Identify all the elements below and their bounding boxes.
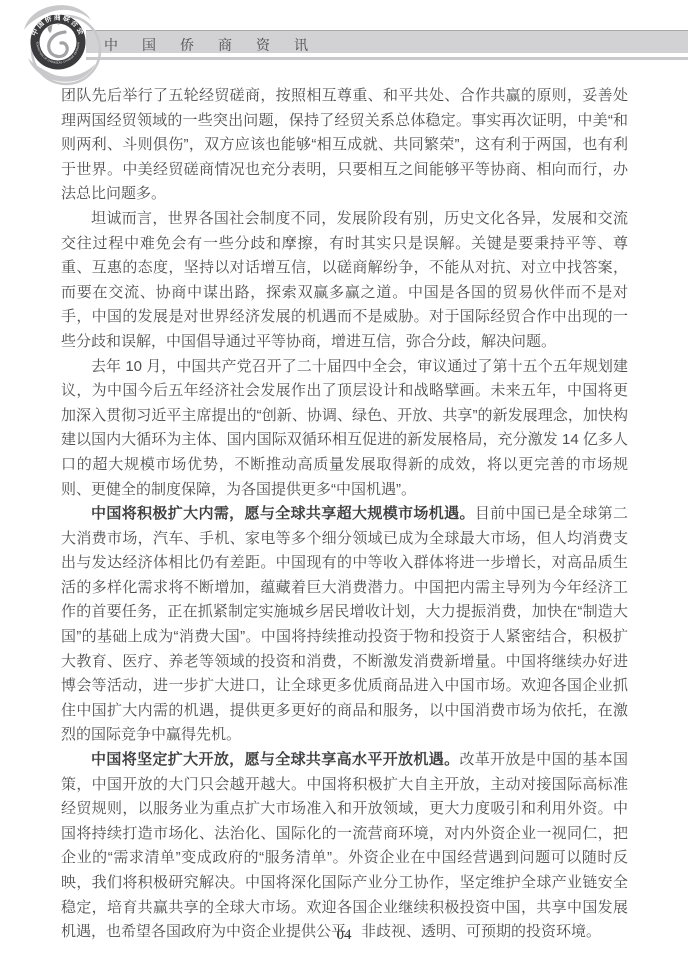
- paragraph-lead: 中国将坚定扩大开放，愿与全球共享高水平开放机遇。: [91, 751, 459, 768]
- paragraph-text: 目前中国已是全球第二大消费市场，汽车、手机、家电等多个细分领域已成为全球最大市场…: [61, 505, 628, 743]
- paragraph-text: 团队先后举行了五轮经贸磋商，按照相互尊重、和平共处、合作共赢的原则，妥善处理两国…: [61, 87, 628, 202]
- page-number: 04: [0, 927, 688, 944]
- masthead-title: 中国侨商资讯: [104, 35, 332, 55]
- paragraph: 团队先后举行了五轮经贸磋商，按照相互尊重、和平共处、合作共赢的原则，妥善处理两国…: [61, 84, 628, 207]
- paragraph: 去年 10 月，中国共产党召开了二十届四中全会，审议通过了第十五个五年规划建议，…: [61, 355, 628, 503]
- page: { "header": { "masthead_title": "中国侨商资讯"…: [0, 0, 688, 971]
- paragraph-lead: 中国将积极扩大内需，愿与全球共享超大规模市场机遇。: [91, 505, 475, 522]
- paragraph: 坦诚而言，世界各国社会制度不同，发展阶段有别，历史文化各异，发展和交流交往过程中…: [61, 207, 628, 355]
- seal-logo-icon: 中国侨商联合会 CHINA FEDERATION OF OVERSEAS CHI…: [14, 0, 110, 88]
- paragraph: 中国将坚定扩大开放，愿与全球共享高水平开放机遇。改革开放是中国的基本国策，中国开…: [61, 748, 628, 945]
- paragraph-text: 改革开放是中国的基本国策，中国开放的大门只会越开越大。中国将积极扩大自主开放，主…: [61, 751, 628, 940]
- org-seal-logo: 中国侨商联合会 CHINA FEDERATION OF OVERSEAS CHI…: [14, 0, 110, 88]
- article-body: 团队先后举行了五轮经贸磋商，按照相互尊重、和平共处、合作共赢的原则，妥善处理两国…: [61, 84, 628, 945]
- paragraph-text: 去年 10 月，中国共产党召开了二十届四中全会，审议通过了第十五个五年规划建议，…: [61, 358, 628, 498]
- paragraph: 中国将积极扩大内需，愿与全球共享超大规模市场机遇。目前中国已是全球第二大消费市场…: [61, 502, 628, 748]
- paragraph-text: 坦诚而言，世界各国社会制度不同，发展阶段有别，历史文化各异，发展和交流交往过程中…: [61, 210, 628, 350]
- header-divider: [86, 57, 688, 60]
- masthead-bar: 中国侨商资讯: [86, 30, 688, 53]
